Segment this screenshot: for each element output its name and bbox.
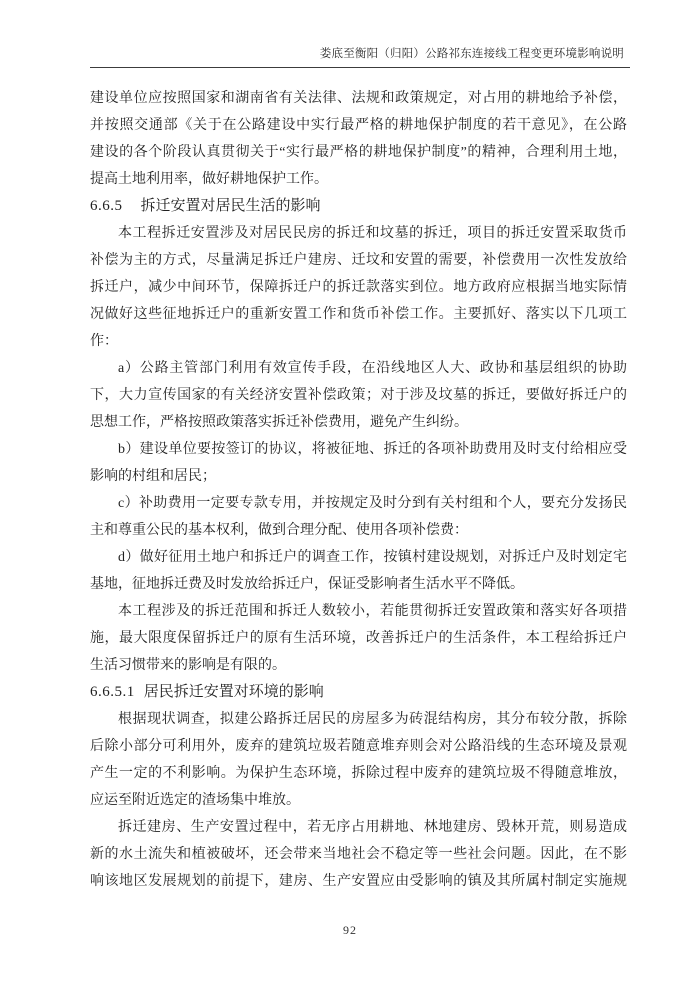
paragraph-line: 施，最大限度保留拆迁户的原有生活环境，改善拆迁户的生活条件，本工程给拆迁户 <box>90 625 627 652</box>
paragraph-line: 补偿为主的方式，尽量满足拆迁户建房、迁坟和安置的需要，补偿费用一次性发放给 <box>90 247 627 274</box>
section-title: 拆迁安置对居民生活的影响 <box>141 198 321 214</box>
paragraph-line: 产生一定的不利影响。为保护生态环境，拆除过程中废弃的建筑垃圾不得随意堆放， <box>90 760 627 787</box>
paragraph-line: 拆迁建房、生产安置过程中，若无序占用耕地、林地建房、毁林开荒，则易造成 <box>90 814 627 841</box>
page-header: 娄底至衡阳（归阳）公路祁东连接线工程变更环境影响说明 <box>90 46 630 68</box>
paragraph-line: 本工程拆迁安置涉及对居民民房的拆迁和坟墓的拆迁，项目的拆迁安置采取货币 <box>90 220 627 247</box>
paragraph-line: 下，大力宣传国家的有关经济安置补偿政策；对于涉及坟墓的拆迁，要做好拆迁户的 <box>90 382 627 409</box>
section-number: 6.6.5 <box>90 198 123 214</box>
section-heading: 6.6.5拆迁安置对居民生活的影响 <box>90 193 627 220</box>
section-title: 居民拆迁安置对环境的影响 <box>144 684 324 700</box>
document-body: 建设单位应按照国家和湖南省有关法律、法规和政策规定，对占用的耕地给予补偿，并按照… <box>90 85 627 895</box>
paragraph-line: 提高土地利用率，做好耕地保护工作。 <box>90 166 627 193</box>
paragraph-line: 况做好这些征地拆迁户的重新安置工作和货币补偿工作。主要抓好、落实以下几项工 <box>90 301 627 328</box>
paragraph-line: 新的水土流失和植被破坏，还会带来当地社会不稳定等一些社会问题。因此，在不影 <box>90 841 627 868</box>
paragraph-line: 拆迁户，减少中间环节，保障拆迁户的拆迁款落实到位。地方政府应根据当地实际情 <box>90 274 627 301</box>
paragraph-line: 本工程涉及的拆迁范围和拆迁人数较小，若能贯彻拆迁安置政策和落实好各项措 <box>90 598 627 625</box>
document-page: 娄底至衡阳（归阳）公路祁东连接线工程变更环境影响说明 建设单位应按照国家和湖南省… <box>0 0 700 990</box>
paragraph-line: 思想工作，严格按照政策落实拆迁补偿费用，避免产生纠纷。 <box>90 409 627 436</box>
page-number: 92 <box>343 923 357 937</box>
page-footer: 92 <box>0 921 700 939</box>
paragraph-line: 响该地区发展规划的前提下，建房、生产安置应由受影响的镇及其所属村制定实施规 <box>90 868 627 895</box>
paragraph-line: 应运至附近选定的渣场集中堆放。 <box>90 787 627 814</box>
paragraph-line: 根据现状调查，拟建公路拆迁居民的房屋多为砖混结构房，其分布较分散，拆除 <box>90 706 627 733</box>
paragraph-line: c）补助费用一定要专款专用，并按规定及时分到有关村组和个人，要充分发扬民 <box>90 490 627 517</box>
paragraph-line: a）公路主管部门利用有效宣传手段，在沿线地区人大、政协和基层组织的协助 <box>90 355 627 382</box>
paragraph-line: 基地，征地拆迁费及时发放给拆迁户，保证受影响者生活水平不降低。 <box>90 571 627 598</box>
paragraph-line: d）做好征用土地户和拆迁户的调查工作，按镇村建设规划，对拆迁户及时划定宅 <box>90 544 627 571</box>
section-heading: 6.6.5.1居民拆迁安置对环境的影响 <box>90 679 627 706</box>
paragraph-line: 影响的村组和居民； <box>90 463 627 490</box>
paragraph-line: 主和尊重公民的基本权利，做到合理分配、使用各项补偿费： <box>90 517 627 544</box>
paragraph-line: 建设的各个阶段认真贯彻关于“实行最严格的耕地保护制度”的精神，合理利用土地， <box>90 139 627 166</box>
header-title: 娄底至衡阳（归阳）公路祁东连接线工程变更环境影响说明 <box>90 46 630 63</box>
paragraph-line: 作： <box>90 328 627 355</box>
paragraph-line: 建设单位应按照国家和湖南省有关法律、法规和政策规定，对占用的耕地给予补偿， <box>90 85 627 112</box>
paragraph-line: 生活习惯带来的影响是有限的。 <box>90 652 627 679</box>
paragraph-line: b）建设单位要按签订的协议，将被征地、拆迁的各项补助费用及时支付给相应受 <box>90 436 627 463</box>
paragraph-line: 并按照交通部《关于在公路建设中实行最严格的耕地保护制度的若干意见》，在公路 <box>90 112 627 139</box>
paragraph-line: 后除小部分可利用外，废弃的建筑垃圾若随意堆弃则会对公路沿线的生态环境及景观 <box>90 733 627 760</box>
section-number: 6.6.5.1 <box>90 684 135 700</box>
